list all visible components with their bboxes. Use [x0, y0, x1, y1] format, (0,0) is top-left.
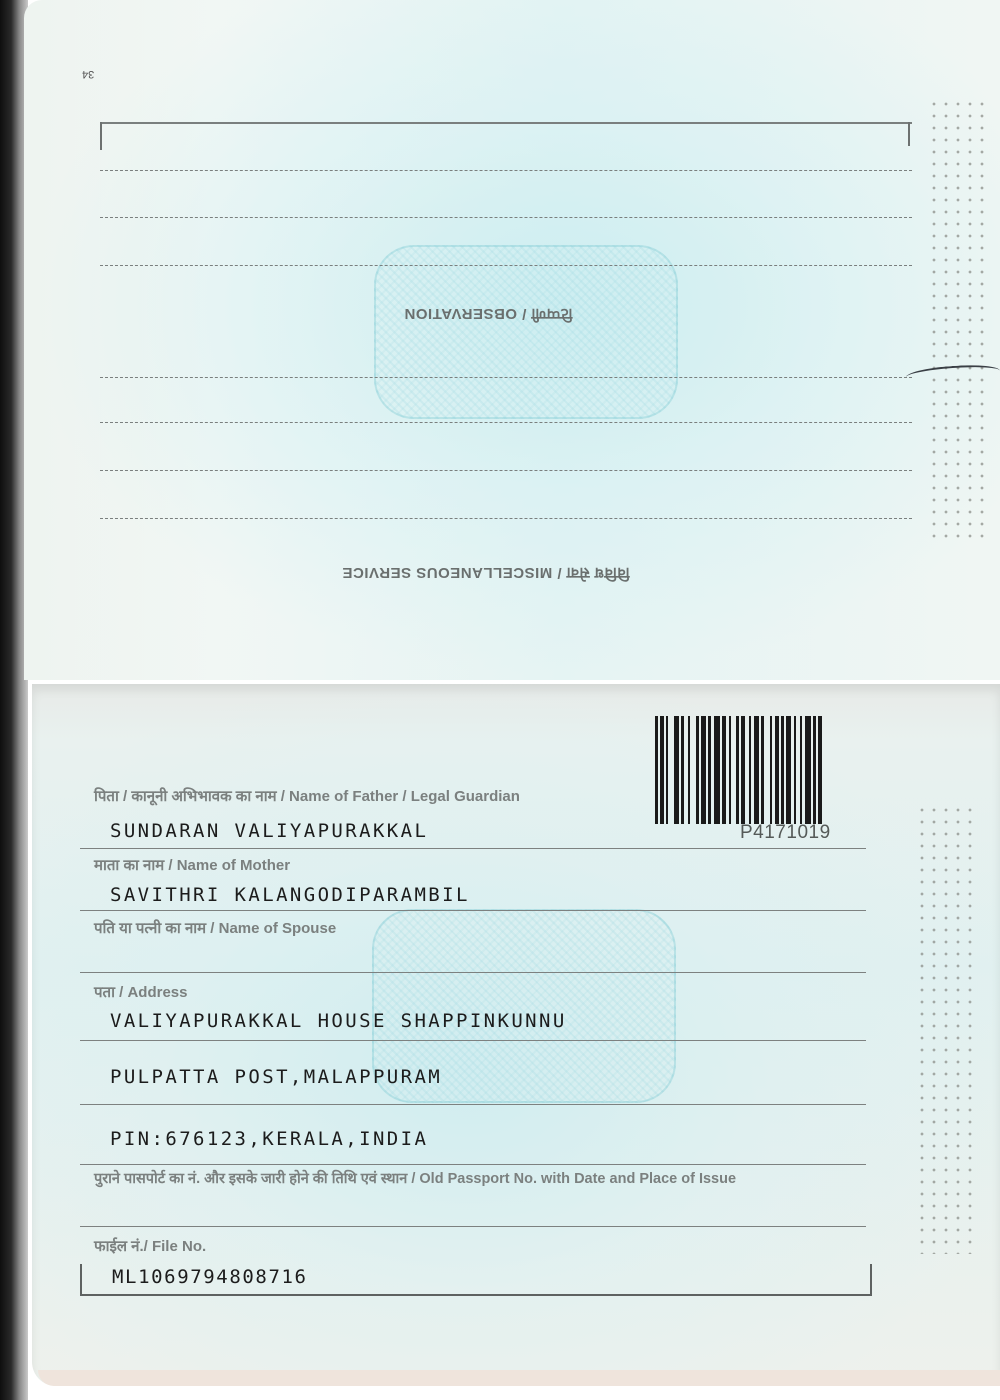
barcode-icon: [655, 716, 927, 824]
national-emblem-watermark-icon: [374, 245, 678, 419]
field-line: [80, 910, 866, 911]
address-line-1: VALIYAPURAKKAL HOUSE SHAPPINKUNNU: [110, 1010, 567, 1032]
spouse-label: पति या पत्नी का नाम / Name of Spouse: [94, 918, 336, 938]
file-no-value: ML1069794808716: [112, 1266, 308, 1288]
old-passport-label: पुराने पासपोर्ट का नं. और इसके जारी होने…: [94, 1168, 736, 1188]
address-label: पता / Address: [94, 982, 187, 1002]
observation-page: 34 टिप्पणी / OBSERVATION विविध सेवा / MI…: [24, 0, 1000, 680]
field-line: [80, 1164, 866, 1165]
mother-label: माता का नाम / Name of Mother: [94, 855, 290, 875]
ruled-line: [100, 265, 912, 266]
ruled-line: [100, 377, 912, 378]
father-name: SUNDARAN VALIYAPURAKKAL: [110, 820, 428, 842]
perforation-dots-icon: [928, 98, 988, 538]
ruled-line: [100, 170, 912, 171]
address-line-3: PIN:676123,KERALA,INDIA: [110, 1128, 428, 1150]
page-edge: [38, 1370, 1000, 1386]
bracket-left: [100, 122, 102, 150]
observation-box-top: [100, 122, 912, 124]
field-line: [80, 1226, 866, 1227]
ruled-line: [100, 518, 912, 519]
mother-name: SAVITHRI KALANGODIPARAMBIL: [110, 884, 470, 906]
field-line: [80, 972, 866, 973]
field-line: [80, 1104, 866, 1105]
bracket-right: [908, 122, 910, 146]
perforation-dots-icon: [916, 804, 976, 1254]
ruled-line: [100, 422, 912, 423]
page-number: 34: [82, 68, 94, 80]
address-line-2: PULPATTA POST,MALAPPURAM: [110, 1066, 442, 1088]
miscellaneous-service-label: विविध सेवा / MISCELLANEOUS SERVICE: [342, 563, 629, 583]
father-label: पिता / कानूनी अभिभावक का नाम / Name of F…: [94, 786, 520, 806]
field-line: [80, 848, 866, 849]
ruled-line: [100, 217, 912, 218]
ruled-line: [100, 470, 912, 471]
observation-heading: टिप्पणी / OBSERVATION: [404, 304, 572, 324]
field-line: [80, 1040, 866, 1041]
barcode-number: P4171019: [740, 822, 831, 844]
file-no-label: फाईल नं./ File No.: [94, 1236, 206, 1256]
